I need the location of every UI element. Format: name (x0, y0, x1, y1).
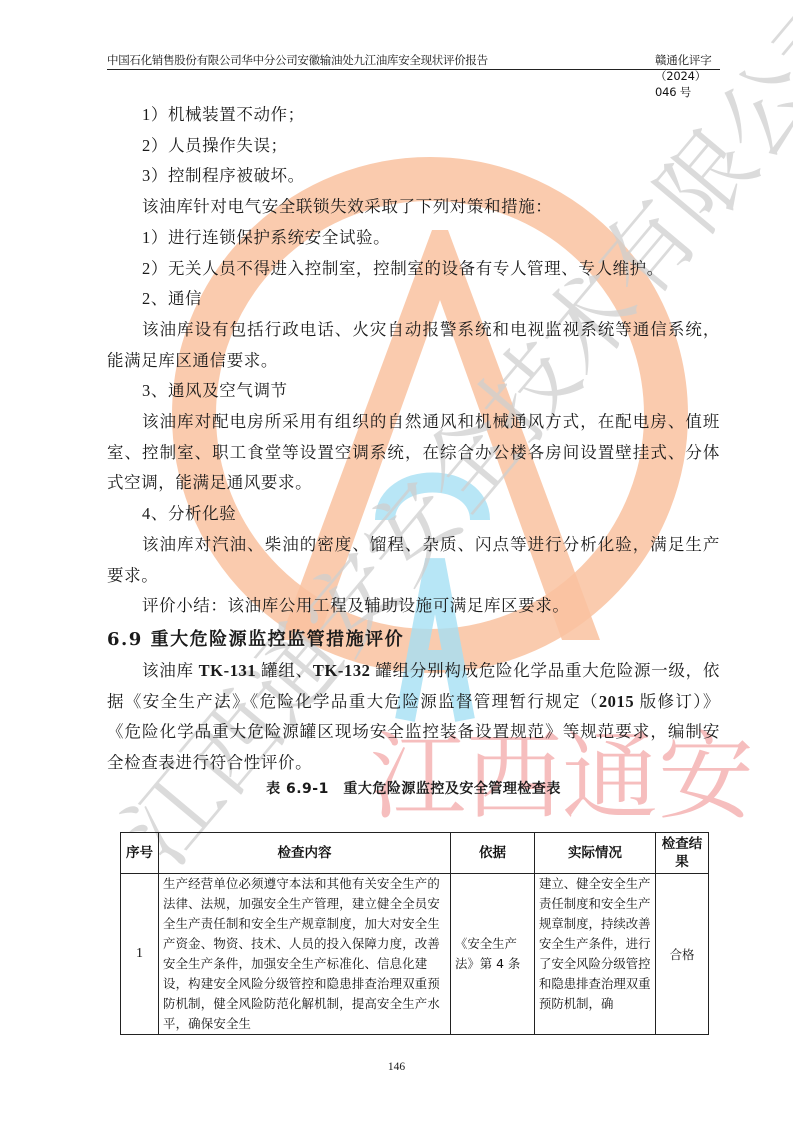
report-title: 中国石化销售股份有限公司华中分公司安徽输油处九江油库安全现状评价报告 (107, 52, 488, 68)
list-item: 1）机械装置不动作； (107, 100, 720, 131)
body-text: 1）机械装置不动作； 2）人员操作失误； 3）控制程序被破坏。 该油库针对电气安… (107, 100, 720, 799)
header-basis: 依据 (451, 833, 535, 874)
table-caption: 表 6.9-1 重大危险源监控及安全管理检查表 (107, 779, 720, 799)
page-header: 中国石化销售股份有限公司华中分公司安徽输油处九江油库安全现状评价报告 赣通化评字… (107, 50, 720, 70)
cell-result: 合格 (656, 874, 709, 1035)
cell-content: 生产经营单位必须遵守本法和其他有关安全生产的法律、法规，加强安全生产管理，建立健… (159, 874, 451, 1035)
check-table: 序号 检查内容 依据 实际情况 检查结果 1 生产经营单位必须遵守本法和其他有关… (120, 832, 709, 1035)
paragraph: 该油库对汽油、柴油的密度、馏程、杂质、闪点等进行分析化验，满足生产要求。 (107, 530, 720, 591)
list-item: 2）人员操作失误； (107, 131, 720, 162)
summary-paragraph: 评价小结：该油库公用工程及辅助设施可满足库区要求。 (107, 591, 720, 622)
subheading: 4、分析化验 (107, 499, 720, 530)
table-row: 1 生产经营单位必须遵守本法和其他有关安全生产的法律、法规，加强安全生产管理，建… (121, 874, 709, 1035)
section-paragraph: 该油库 TK-131 罐组、TK-132 罐组分别构成危险化学品重大危险源一级，… (107, 656, 720, 779)
list-item: 3）控制程序被破坏。 (107, 161, 720, 192)
paragraph: 该油库针对电气安全联锁失效采取了下列对策和措施： (107, 192, 720, 223)
paragraph: 该油库设有包括行政电话、火灾自动报警系统和电视监视系统等通信系统，能满足库区通信… (107, 315, 720, 376)
header-result: 检查结果 (656, 833, 709, 874)
header-actual: 实际情况 (535, 833, 656, 874)
section-heading: 6.9 重大危险源监控监管措施评价 (107, 624, 720, 656)
page-number: 146 (0, 1061, 793, 1073)
cell-actual: 建立、健全安全生产责任制度和安全生产规章制度，持续改善安全生产条件，进行了安全风… (535, 874, 656, 1035)
cell-basis: 《安全生产法》第 4 条 (451, 874, 535, 1035)
document-page: 江西通安 江西通安安全技术有限公司 中国石化销售股份有限公司华中分公司安徽输油处… (0, 0, 793, 1122)
list-item: 2）无关人员不得进入控制室，控制室的设备有专人管理、专人维护。 (107, 254, 720, 285)
header-seq: 序号 (121, 833, 159, 874)
document-number: 赣通化评字（2024）046 号 (655, 52, 720, 100)
subheading: 3、通风及空气调节 (107, 376, 720, 407)
paragraph: 该油库对配电房所采用有组织的自然通风和机械通风方式，在配电房、值班室、控制室、职… (107, 407, 720, 499)
list-item: 1）进行连锁保护系统安全试验。 (107, 223, 720, 254)
header-content: 检查内容 (159, 833, 451, 874)
table-header-row: 序号 检查内容 依据 实际情况 检查结果 (121, 833, 709, 874)
cell-seq: 1 (121, 874, 159, 1035)
header-divider (107, 69, 720, 70)
subheading: 2、通信 (107, 284, 720, 315)
